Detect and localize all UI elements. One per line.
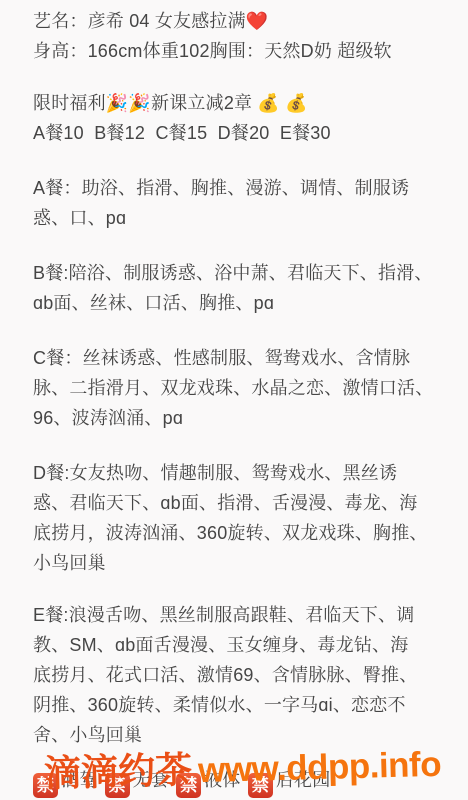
page: 艺名：彦希 04 女友感拉满❤️ 身高：166cm体重102胸围：天然D奶 超级… xyxy=(0,0,468,800)
menu-a-paragraph: A餐：助浴、指滑、胸推、漫游、调情、制服诱 惑、口、pɑ xyxy=(33,173,440,233)
price-list: A餐10 B餐12 C餐15 D餐20 E餐30 xyxy=(33,118,440,148)
artist-name-line: 艺名：彦希 04 女友感拉满❤️ xyxy=(33,6,440,36)
content-area: 艺名：彦希 04 女友感拉满❤️ 身高：166cm体重102胸围：天然D奶 超级… xyxy=(0,0,468,797)
menu-d-paragraph: D餐:女友热吻、情趣制服、鸳鸯戏水、黑丝诱 惑、君临天下、ɑb面、指滑、舌漫漫、… xyxy=(33,458,440,578)
menu-e-paragraph: E餐:浪漫舌吻、黑丝制服高跟鞋、君临天下、调 教、SM、ɑb面舌漫漫、玉女缠身、… xyxy=(33,600,440,750)
header-block: 艺名：彦希 04 女友感拉满❤️ 身高：166cm体重102胸围：天然D奶 超级… xyxy=(33,6,440,66)
watermark-site-name: 滴滴约茶 xyxy=(44,749,193,794)
heart-icon: ❤️ xyxy=(246,11,269,31)
artist-name-text: 艺名：彦希 04 女友感拉满 xyxy=(33,11,246,31)
menu-b-paragraph: B餐:陪浴、制服诱惑、浴中萧、君临天下、指滑、 ɑb面、丝袜、口活、胸推、pɑ xyxy=(33,258,440,318)
watermark: 滴滴约茶www.ddpp.info xyxy=(43,733,441,797)
stats-line: 身高：166cm体重102胸围：天然D奶 超级软 xyxy=(33,36,440,66)
promo-block: 限时福利🎉🎉新课立减2章 💰 💰 A餐10 B餐12 C餐15 D餐20 E餐3… xyxy=(33,88,440,148)
menu-c-paragraph: C餐：丝袜诱惑、性感制服、鸳鸯戏水、含情脉 脉、二指滑月、双龙戏珠、水晶之恋、激… xyxy=(33,343,440,433)
watermark-url: www.ddpp.info xyxy=(198,745,442,790)
promo-line: 限时福利🎉🎉新课立减2章 💰 💰 xyxy=(33,88,440,118)
